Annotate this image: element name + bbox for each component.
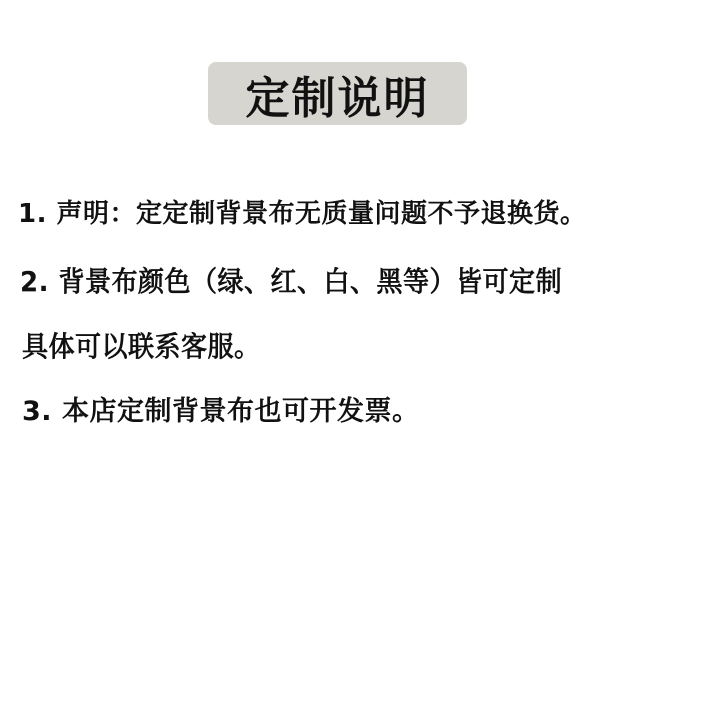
notice-line-2-continued: 具体可以联系客服。: [22, 325, 261, 365]
title-banner: 定制说明: [208, 62, 467, 125]
notice-line-3: 3. 本店定制背景布也可开发票。: [22, 389, 419, 428]
notice-line-2: 2. 背景布颜色（绿、红、白、黑等）皆可定制: [20, 260, 562, 300]
page-title: 定制说明: [246, 62, 430, 126]
notice-line-1: 1. 声明：定定制背景布无质量问题不予退换货。: [18, 193, 587, 230]
